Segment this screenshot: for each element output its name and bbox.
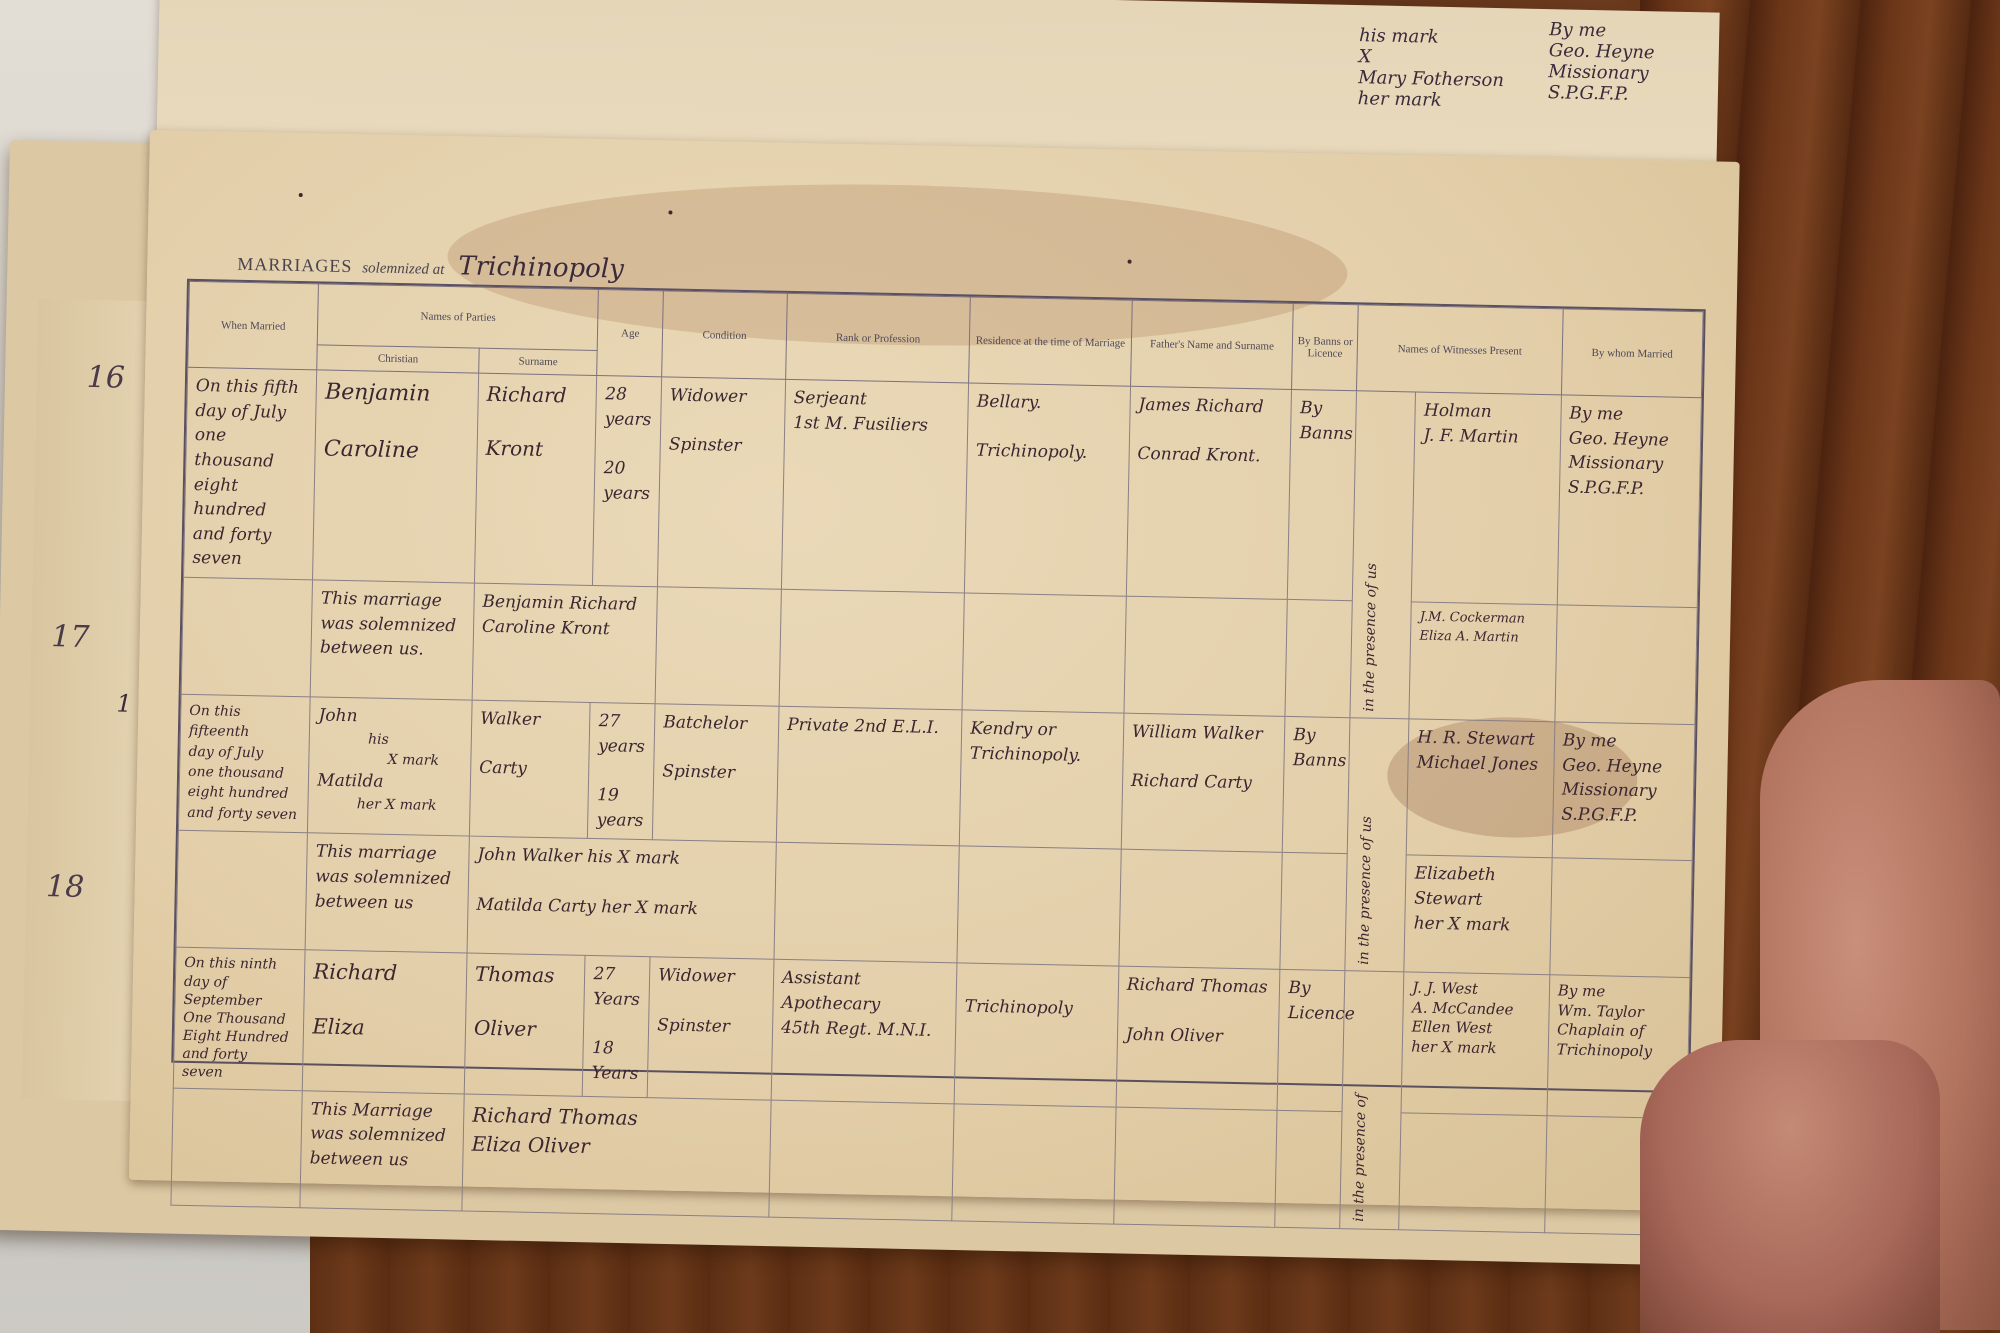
- residence-cell: Kendry orTrichinopoly.: [959, 710, 1123, 849]
- married-by-cell: By meGeo. HeyneMissionaryS.P.G.F.P.: [1557, 395, 1701, 608]
- entry-index-number: 1: [116, 689, 132, 717]
- banns-cell: ByLicence: [1277, 970, 1344, 1112]
- hand-lower: [1640, 1040, 1940, 1333]
- witnesses-cell: H. R. StewartMichael Jones: [1407, 719, 1555, 858]
- condition-cell: BatchelorSpinster: [652, 704, 779, 843]
- age-cell: 27 years19 years: [588, 703, 655, 840]
- title-solemnized: solemnized at: [362, 260, 444, 278]
- presence-note: in the presence of: [1340, 971, 1404, 1229]
- christian-name-cell: RichardEliza: [303, 950, 467, 1094]
- banns-cell: ByBanns: [1288, 389, 1357, 600]
- residence-cell: Bellary.Trichinopoly.: [965, 383, 1131, 596]
- strip-entry-number: 18: [46, 869, 85, 905]
- christian-name-cell: JohnhisX markMatildaher X mark: [308, 697, 472, 836]
- when-married-cell: On this fifthday of Julyone thousandeigh…: [184, 367, 317, 580]
- father-cell: James RichardConrad Kront.: [1126, 386, 1292, 599]
- strip-entry-number: 16: [86, 360, 125, 396]
- signature-statement: This marriagewas solemnizedbetween us.: [310, 580, 474, 700]
- surname-cell: RichardKront: [474, 373, 597, 585]
- entry-row-16: On this fifthday of Julyone thousandeigh…: [184, 367, 1702, 607]
- father-cell: William WalkerRichard Carty: [1121, 713, 1285, 852]
- col-christian: Christian: [317, 345, 479, 373]
- signature-witnesses: Elizabeth Stewarther X mark: [1404, 855, 1552, 975]
- when-married-cell: On this ninthday of SeptemberOne Thousan…: [173, 948, 305, 1091]
- title-place: Trichinopoly: [458, 251, 624, 284]
- surname-cell: WalkerCarty: [469, 700, 590, 839]
- age-cell: 28 years20 years: [593, 376, 662, 587]
- col-married-by: By whom Married: [1561, 309, 1703, 398]
- col-father: Father's Name and Surname: [1130, 300, 1293, 389]
- col-names-of-parties: Names of Parties: [318, 284, 599, 351]
- signature-names: Benjamin RichardCaroline Kront: [472, 583, 657, 704]
- witnesses-cell: J. J. WestA. McCandeeEllen Westher X mar…: [1401, 972, 1549, 1115]
- title-marriages: MARRIAGES: [237, 254, 352, 276]
- top-witness-fragment: his mark X Mary Fotherson her mark: [1358, 25, 1505, 112]
- age-cell: 27 Years18 Years: [583, 956, 650, 1098]
- when-married-cell: On this fifteenthday of Julyone thousand…: [178, 694, 310, 833]
- col-condition: Condition: [662, 291, 788, 379]
- col-when-married: When Married: [188, 281, 319, 370]
- witnesses-cell: HolmanJ. F. Martin: [1412, 392, 1562, 605]
- father-cell: Richard ThomasJohn Oliver: [1116, 966, 1280, 1110]
- register-page: MARRIAGES solemnized at Trichinopoly Whe…: [129, 130, 1740, 1212]
- signature-names: John Walker his X markMatilda Carty her …: [467, 836, 776, 959]
- col-witnesses: Names of Witnesses Present: [1357, 305, 1563, 395]
- christian-name-cell: BenjaminCaroline: [313, 370, 479, 583]
- col-banns: By Banns or Licence: [1292, 303, 1358, 390]
- top-married-by-fragment: By me Geo. Heyne Missionary S.P.G.F.P.: [1548, 19, 1656, 105]
- signature-witnesses: J.M. CockermanEliza A. Martin: [1409, 602, 1557, 722]
- banns-cell: ByBanns: [1283, 717, 1350, 854]
- col-rank: Rank or Profession: [786, 293, 971, 383]
- col-age: Age: [597, 290, 663, 377]
- rank-cell: Assistant Apothecary45th Regt. M.N.I.: [771, 960, 957, 1104]
- married-by-cell: By meGeo. HeyneMissionaryS.P.G.F.P.: [1552, 722, 1695, 861]
- presence-note: in the presence of us: [1345, 718, 1409, 972]
- surname-cell: ThomasOliver: [464, 953, 585, 1096]
- rank-cell: Private 2nd E.L.I.: [776, 706, 962, 846]
- marriage-register-table: When Married Names of Parties Age Condit…: [171, 279, 1705, 1093]
- signature-statement: This marriagewas solemnizedbetween us: [305, 833, 469, 953]
- condition-cell: WidowerSpinster: [658, 377, 786, 590]
- strip-entry-number: 17: [51, 619, 90, 655]
- signature-statement: This Marriagewas solemnizedbetween us: [300, 1090, 464, 1210]
- col-residence: Residence at the time of Marriage: [969, 297, 1132, 386]
- residence-cell: Trichinopoly: [954, 963, 1118, 1107]
- col-surname: Surname: [479, 348, 598, 375]
- signature-names: Richard ThomasEliza Oliver: [462, 1094, 771, 1217]
- presence-note: in the presence of us: [1350, 391, 1416, 719]
- rank-cell: Serjeant1st M. Fusiliers: [781, 379, 968, 593]
- register-title: MARRIAGES solemnized at Trichinopoly: [237, 247, 624, 285]
- condition-cell: WidowerSpinster: [647, 957, 774, 1100]
